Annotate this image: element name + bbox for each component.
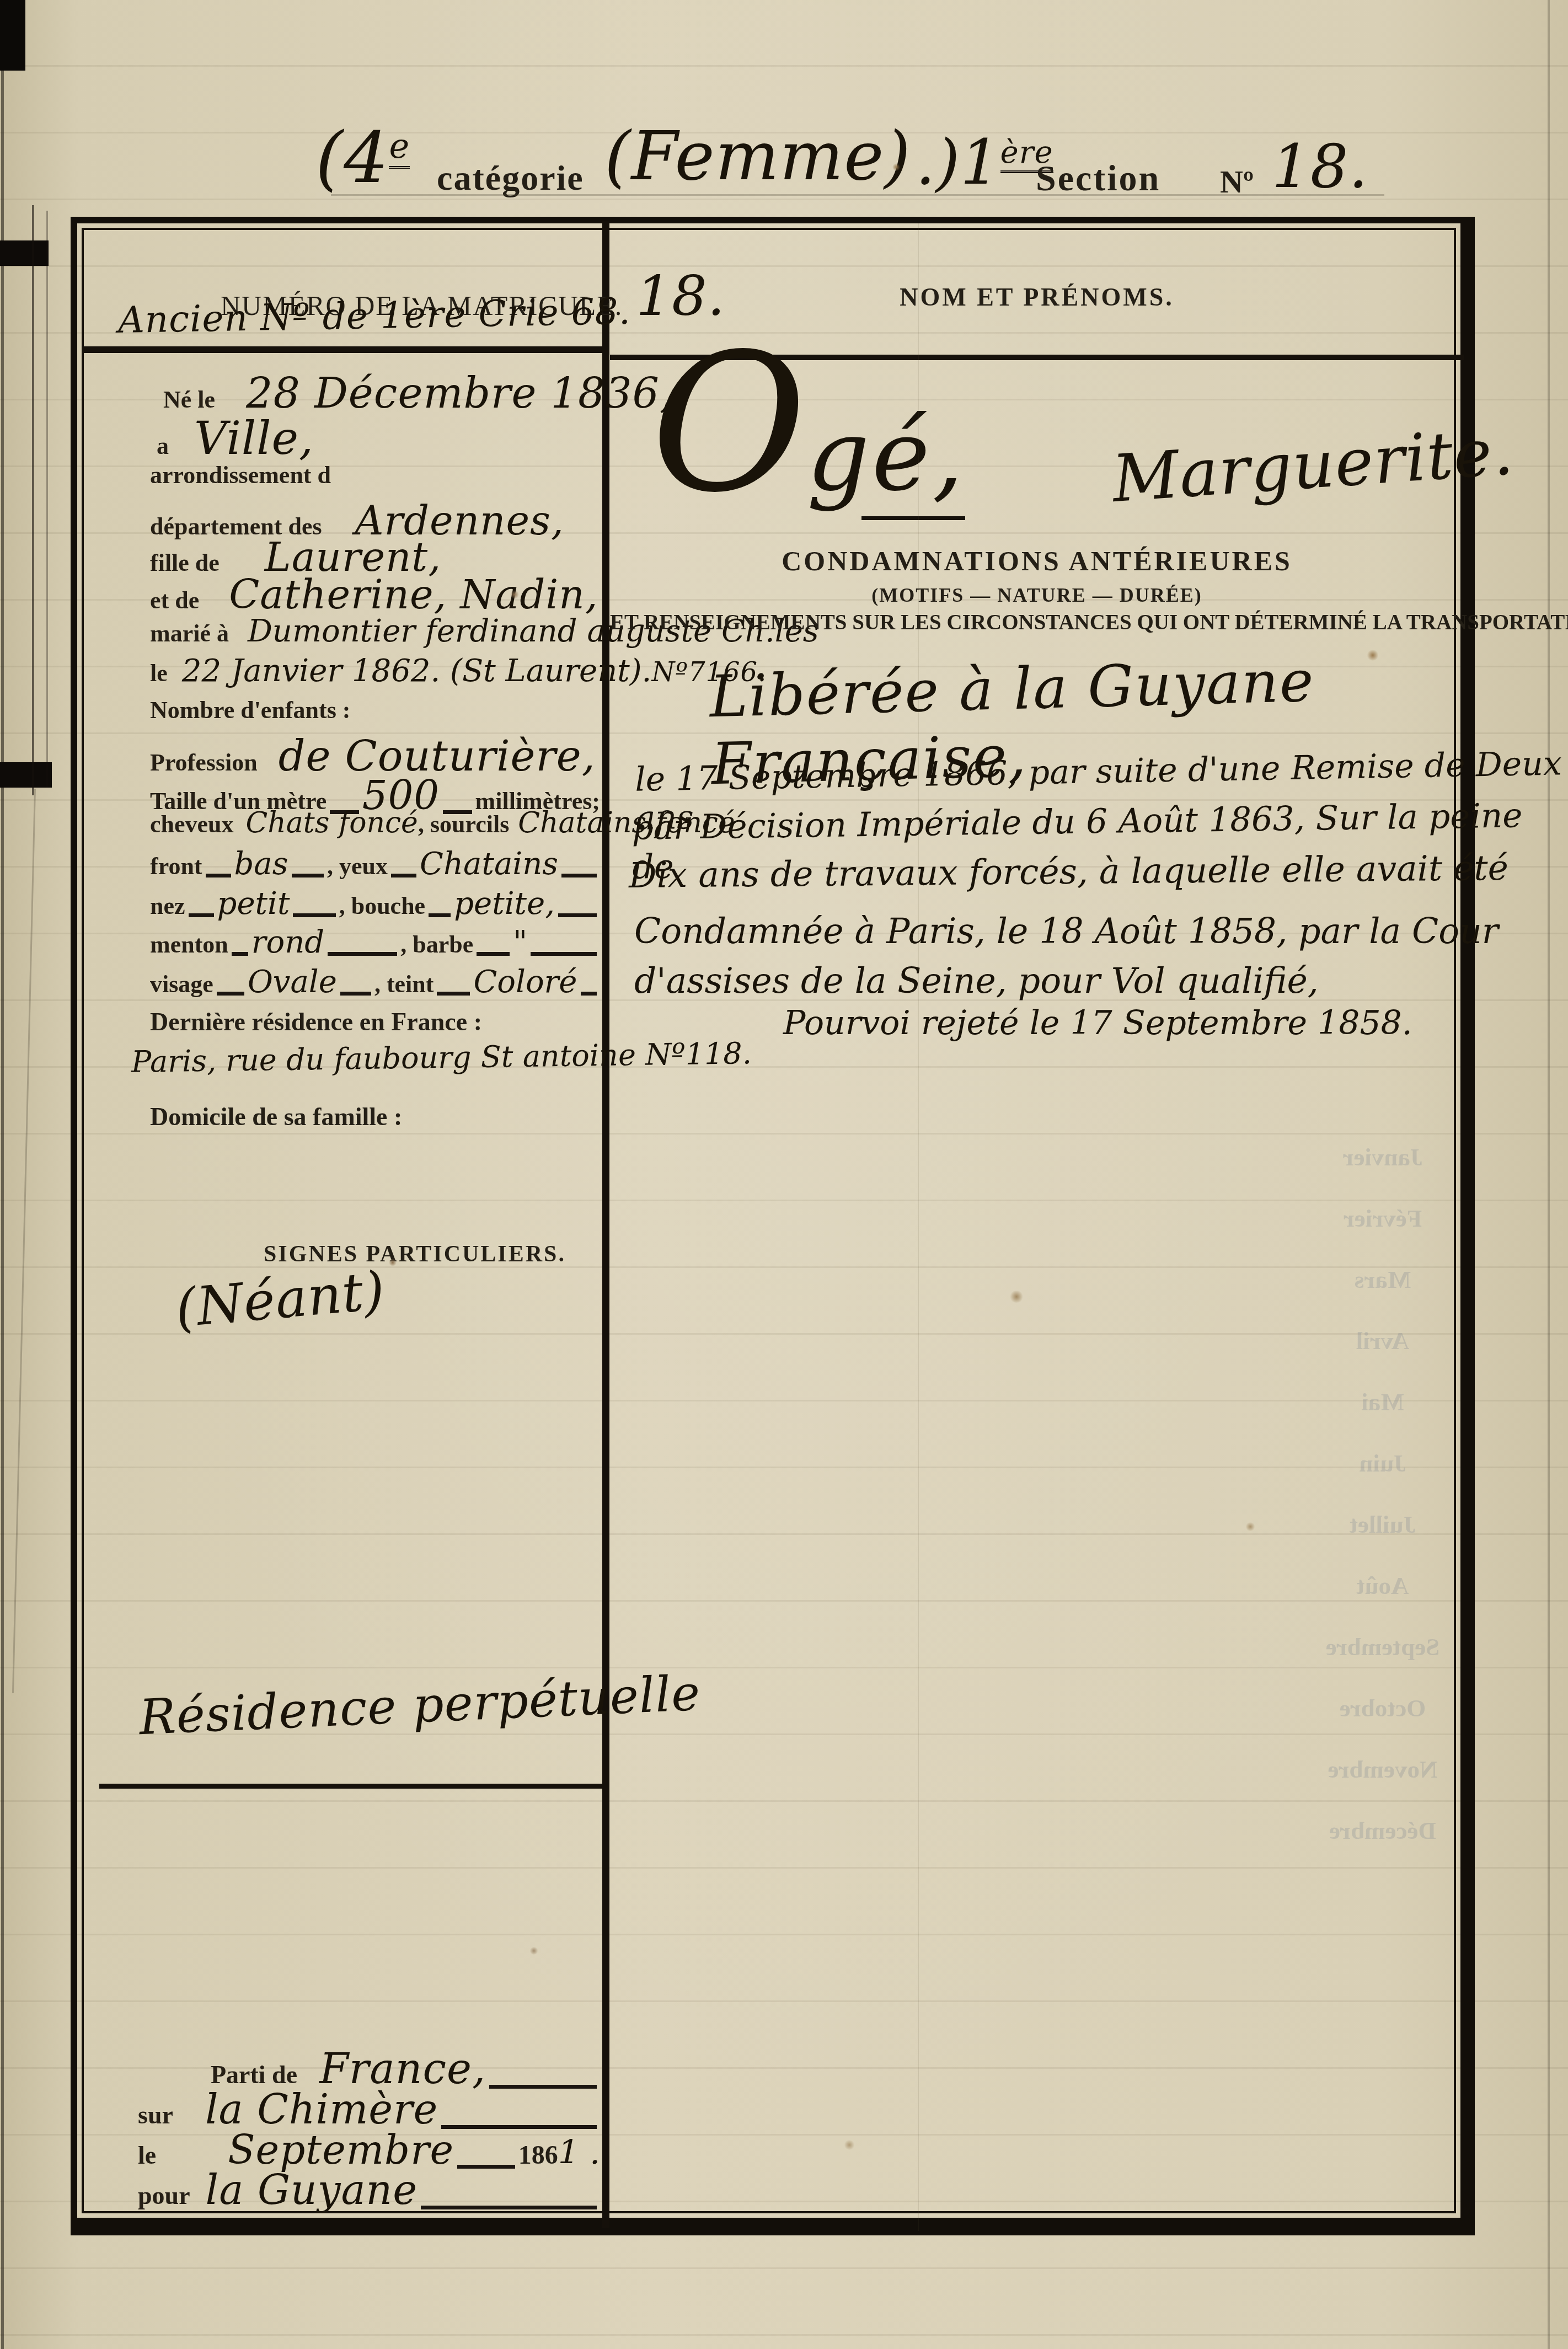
- record-line: Pourvoi rejeté le 17 Septembre 1858.: [783, 1004, 1412, 1042]
- fill-line: [206, 874, 231, 877]
- fill-line: [293, 913, 335, 917]
- ghost-month: Avril: [1308, 1326, 1457, 1355]
- field-enfants: Nombre d'enfants :: [150, 696, 350, 724]
- scan-edge-corner: [0, 0, 25, 71]
- header-number-value: 18.: [1272, 132, 1368, 201]
- page-stack-bar: [0, 762, 52, 788]
- page-stack-bar: [0, 240, 49, 266]
- mere-value: Catherine, Nadin,: [229, 571, 598, 618]
- header-section-main: .)1: [916, 127, 1000, 199]
- ghost-month: Décembre: [1308, 1816, 1457, 1845]
- matricule-ancien: Ancien Nº de 1ère Crie 68.: [117, 290, 631, 341]
- desc-row-visage: visage Ovale , teint Coloré: [150, 964, 600, 1000]
- field-marie-date: le 22 Janvier 1862. (St Laurent). Nº7166…: [150, 653, 600, 689]
- header-category-main: (4: [315, 117, 389, 199]
- pour-value: la Guyane: [206, 2166, 418, 2214]
- fill-line: [581, 992, 597, 996]
- cheveux-value: Chats foncé: [246, 806, 418, 839]
- fill-line: [429, 913, 451, 917]
- right-page-crease: [1548, 0, 1550, 2349]
- condamnations-title: CONDAMNATIONS ANTÉRIEURES: [610, 545, 1464, 577]
- header-section-script: .)1ère: [916, 127, 1053, 199]
- column-divider: [602, 221, 609, 2228]
- field-ne-le: Né le 28 Décembre 1836,: [163, 368, 673, 418]
- ghost-month: Mai: [1308, 1388, 1457, 1416]
- mere-label: et de: [150, 586, 199, 614]
- record-line: Dix ans de travaux forcés, à laquelle el…: [629, 848, 1509, 896]
- parti-label: Parti de: [211, 2060, 297, 2089]
- teint-label: , teint: [374, 970, 434, 998]
- record-line: Condamnée à Paris, le 18 Août 1858, par …: [634, 911, 1499, 951]
- front-label: front: [150, 852, 202, 880]
- ghost-month: Septembre: [1308, 1633, 1457, 1661]
- page-edge-crease: [46, 211, 48, 788]
- fill-line: [558, 913, 597, 917]
- rule-above-depart: [99, 1784, 602, 1789]
- visage-label: visage: [150, 970, 213, 998]
- desc-row-front: front bas , yeux Chatains: [150, 846, 600, 882]
- front-value: bas: [234, 846, 288, 882]
- header-category-label: catégorie: [437, 158, 584, 199]
- header-gender-script: (Femme): [604, 117, 911, 195]
- yeux-label: , yeux: [327, 852, 388, 880]
- fill-line: [531, 952, 597, 956]
- rule-under-matricule: [83, 346, 602, 353]
- nom-header: NOM ET PRÉNOMS.: [610, 282, 1464, 312]
- desc-row-nez: nez petit , bouche petite,: [150, 886, 600, 922]
- field-arrondissement: arrondissement d: [150, 461, 331, 489]
- menton-label: menton: [150, 930, 228, 959]
- condamnations-subtitle: (MOTIFS — NATURE — DURÉE): [610, 584, 1464, 607]
- register-page: (4e catégorie (Femme) .)1ère Section Nº …: [0, 0, 1568, 2349]
- surname-underline: [861, 516, 965, 520]
- fill-line: [217, 992, 244, 996]
- ne-label: Né le: [163, 386, 215, 414]
- ghost-month: Octobre: [1308, 1694, 1457, 1722]
- year-printed: 186: [518, 2140, 558, 2170]
- sur-label: sur: [138, 2100, 173, 2129]
- marie-date-value: 22 Janvier 1862. (St Laurent).: [182, 653, 652, 689]
- field-pour: pour la Guyane: [138, 2166, 600, 2214]
- fill-line: [391, 874, 416, 877]
- desc-row-menton: menton rond , barbe ": [150, 924, 600, 960]
- cheveux-label: cheveux: [150, 810, 234, 838]
- marie-date-label: le: [150, 659, 168, 687]
- ghost-month: Juin: [1308, 1449, 1457, 1478]
- fill-line: [477, 952, 510, 956]
- scan-edge-line: [1, 71, 4, 2349]
- header-category-script: (4e: [315, 117, 410, 199]
- teint-value: Coloré: [473, 964, 577, 1000]
- a-label: a: [157, 432, 169, 460]
- ghost-month: Août: [1308, 1571, 1457, 1600]
- ghost-month: Mars: [1308, 1265, 1457, 1294]
- field-a: a Ville,: [157, 413, 314, 465]
- fill-line: [421, 2206, 597, 2209]
- signes-label: SIGNES PARTICULIERS.: [264, 1241, 566, 1267]
- ghost-month: Février: [1308, 1204, 1457, 1233]
- fill-line: [292, 874, 324, 877]
- desc-row-cheveux: cheveux Chats foncé , sourcils Chatains …: [150, 806, 600, 839]
- bouche-value: petite,: [454, 886, 555, 922]
- sourcils-label: , sourcils: [418, 810, 509, 838]
- marie-label: marié à: [150, 619, 229, 648]
- page-edge-crease: [12, 789, 36, 1693]
- field-et-de: et de Catherine, Nadin,: [150, 571, 598, 618]
- nez-label: nez: [150, 892, 185, 920]
- residence-label: Dernière résidence en France :: [150, 1007, 482, 1036]
- yeux-value: Chatains: [420, 846, 558, 882]
- header-guide-line: [331, 194, 1384, 196]
- record-line: d'assises de la Seine, pour Vol qualifié…: [634, 961, 1319, 1001]
- header-category-sup: e: [389, 126, 410, 169]
- fill-line: [328, 952, 397, 956]
- barbe-value: ": [513, 924, 527, 960]
- pour-label: pour: [138, 2181, 190, 2210]
- ghost-month: Janvier: [1308, 1143, 1457, 1171]
- arrondissement-label: arrondissement d: [150, 461, 331, 489]
- page-edge-crease: [32, 205, 34, 795]
- a-value: Ville,: [194, 413, 314, 465]
- fill-line: [189, 913, 214, 917]
- barbe-label: , barbe: [400, 930, 473, 959]
- condamnations-subtitle2: ET RENSEIGNEMENTS SUR LES CIRCONSTANCES …: [610, 610, 1464, 635]
- fill-line: [232, 952, 248, 956]
- header-section-label: Section: [1036, 158, 1160, 200]
- famille-label: Domicile de sa famille :: [150, 1102, 402, 1131]
- bouche-label: , bouche: [339, 892, 425, 920]
- ghost-month: Juillet: [1308, 1510, 1457, 1539]
- nez-value: petit: [217, 886, 290, 922]
- le-label: le: [138, 2141, 156, 2170]
- column-crease: [918, 223, 919, 2231]
- fill-line: [561, 874, 597, 877]
- visage-value: Ovale: [248, 964, 337, 1000]
- ne-value: 28 Décembre 1836,: [246, 368, 673, 418]
- ghost-month: Novembre: [1308, 1755, 1457, 1784]
- menton-value: rond: [251, 924, 324, 960]
- enfants-label: Nombre d'enfants :: [150, 696, 350, 724]
- fill-line: [437, 992, 470, 996]
- fill-line: [340, 992, 371, 996]
